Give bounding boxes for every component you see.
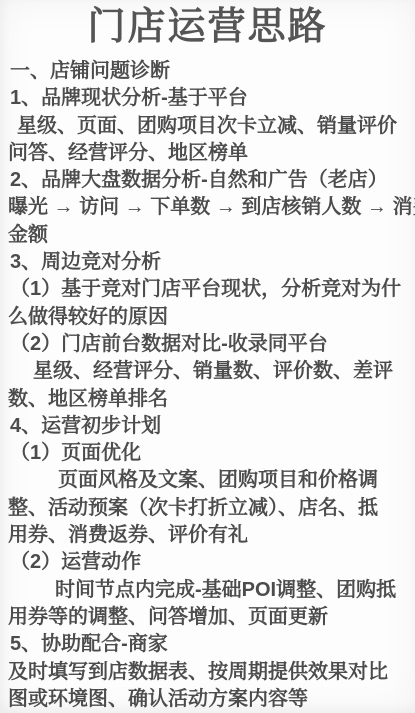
text-line: （2）运营动作 [0, 549, 415, 576]
text-line: 问答、经营评分、地区榜单 [0, 140, 415, 167]
text-line: 及时填写到店数据表、按周期提供效果对比 [0, 659, 415, 686]
text-line: 数、地区榜单排名 [0, 386, 415, 413]
text-line: 金额 [0, 222, 415, 249]
document-lines: 一、店铺问题诊断1、品牌现状分析-基于平台星级、页面、团购项目次卡立减、销量评价… [0, 58, 415, 713]
text-line: 一、店铺问题诊断 [0, 58, 415, 85]
text-line: 星级、经营评分、销量数、评价数、差评 [0, 358, 415, 385]
text-line: 用券、消费返券、评价有礼 [0, 522, 415, 549]
text-line: 4、运营初步计划 [0, 413, 415, 440]
document-page: 门店运营思路 一、店铺问题诊断1、品牌现状分析-基于平台星级、页面、团购项目次卡… [0, 0, 415, 713]
text-line: 1、品牌现状分析-基于平台 [0, 85, 415, 112]
text-line: 用券等的调整、问答增加、页面更新 [0, 604, 415, 631]
text-line: 星级、页面、团购项目次卡立减、销量评价 [0, 113, 415, 140]
text-line: （1）基于竞对门店平台现状，分析竞对为什 [0, 276, 415, 303]
text-line: 3、周边竞对分析 [0, 249, 415, 276]
text-line: 整、活动预案（次卡打折立减）、店名、抵 [0, 495, 415, 522]
text-line: 2、品牌大盘数据分析-自然和广告（老店） [0, 167, 415, 194]
text-line: （2）门店前台数据对比-收录同平台 [0, 331, 415, 358]
text-line: 5、协助配合-商家 [0, 631, 415, 658]
text-line: 曝光 → 访问 → 下单数 → 到店核销人数 → 消费 [0, 194, 415, 221]
page-title: 门店运营思路 [0, 0, 415, 49]
text-line: 么做得较好的原因 [0, 304, 415, 331]
text-line: 时间节点内完成-基础POI调整、团购抵 [0, 577, 415, 604]
text-line: 页面风格及文案、团购项目和价格调 [0, 467, 415, 494]
text-line: （1）页面优化 [0, 440, 415, 467]
text-line: 图或环境图、确认活动方案内容等 [0, 686, 415, 713]
